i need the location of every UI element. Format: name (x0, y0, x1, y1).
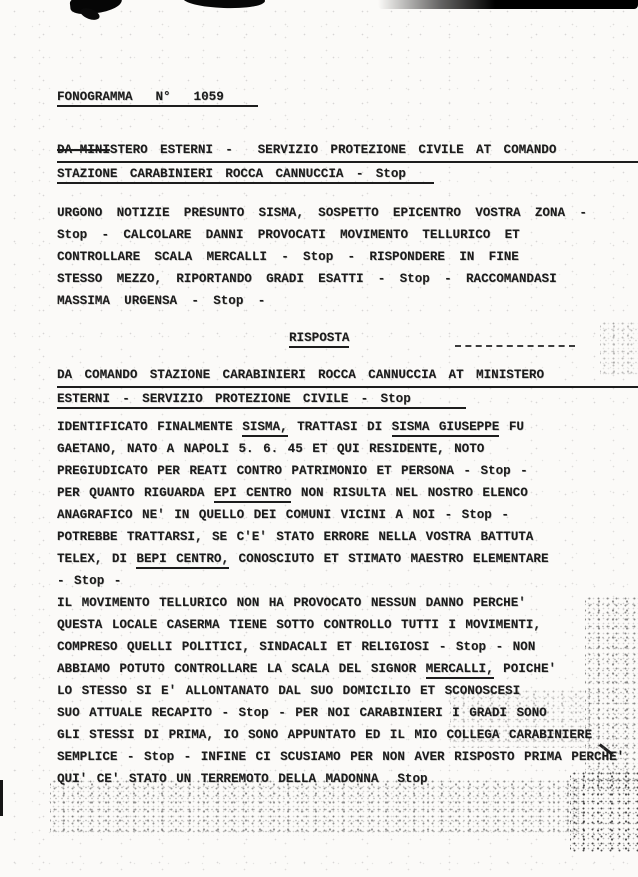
text-segment: PER QUANTO RIGUARDA (57, 486, 214, 500)
document-number-line: FONOGRAMMA N° 1059 (57, 86, 258, 108)
text-segment: POTREBBE TRATTARSI, SE C'E' STATO ERRORE… (57, 530, 533, 544)
reply-line: COMPRESO QUELLI POLITICI, SINDACALI ET R… (57, 636, 624, 658)
text-segment: DA COMANDO STAZIONE CARABINIERI ROCCA CA… (57, 368, 544, 382)
text-segment: IL MOVIMENTO TELLURICO NON HA PROVOCATO … (57, 596, 526, 610)
message-line: MASSIMA URGENSA - Stop - (57, 290, 587, 312)
reply-title-block: RISPOSTA (289, 327, 349, 349)
reply-line: LO STESSO SI E' ALLONTANATO DAL SUO DOMI… (57, 680, 624, 702)
underlined-text: SISMA, (242, 420, 287, 437)
text-segment: TELEX, DI (57, 552, 136, 566)
reply-line: GLI STESSI DI PRIMA, IO SONO APPUNTATO E… (57, 724, 624, 746)
scan-artifact-blob (69, 0, 123, 16)
reply-line: QUESTA LOCALE CASERMA TIENE SOTTO CONTRO… (57, 614, 624, 636)
underlined-text: SISMA GIUSEPPE (392, 420, 500, 437)
text-segment: STERO ESTERNI - SERVIZIO PROTEZIONE CIVI… (110, 143, 557, 157)
sender-header-line-2: STAZIONE CARABINIERI ROCCA CANNUCCIA - S… (57, 163, 638, 185)
text-segment: - Stop - (57, 574, 121, 588)
scan-artifact-blob (79, 6, 101, 22)
text-segment: COMPRESO QUELLI POLITICI, SINDACALI ET R… (57, 640, 535, 654)
struck-text: DA-MINI (57, 143, 110, 157)
text-segment: URGONO NOTIZIE PRESUNTO SISMA, SOSPETTO … (57, 206, 587, 220)
underlined-text: ESTERNI - SERVIZIO PROTEZIONE CIVILE - S… (57, 392, 466, 409)
document-number-block: FONOGRAMMA N° 1059 (57, 86, 258, 108)
underlined-text: STAZIONE CARABINIERI ROCCA CANNUCCIA - S… (57, 167, 434, 184)
text-segment: QUI' CE' STATO UN TERREMOTO DELLA MADONN… (57, 772, 428, 786)
message-line: Stop - CALCOLARE DANNI PROVOCATI MOVIMEN… (57, 224, 587, 246)
reply-line: POTREBBE TRATTARSI, SE C'E' STATO ERRORE… (57, 526, 624, 548)
text-segment: SEMPLICE - Stop - INFINE CI SCUSIAMO PER… (57, 750, 624, 764)
sender-header-line-1: DA-MINISTERO ESTERNI - SERVIZIO PROTEZIO… (57, 139, 638, 163)
message-body-block: URGONO NOTIZIE PRESUNTO SISMA, SOSPETTO … (57, 202, 587, 312)
text-segment: ABBIAMO POTUTO CONTROLLARE LA SCALA DEL … (57, 662, 426, 676)
text-segment: SUO ATTUALE RECAPITO - Stop - PER NOI CA… (57, 706, 547, 720)
message-line: CONTROLLARE SCALA MERCALLI - Stop - RISP… (57, 246, 587, 268)
text-segment: ANAGRAFICO NE' IN QUELLO DEI COMUNI VICI… (57, 508, 509, 522)
reply-line: QUI' CE' STATO UN TERREMOTO DELLA MADONN… (57, 768, 624, 790)
text-segment: PREGIUDICATO PER REATI CONTRO PATRIMONIO… (57, 464, 528, 478)
text-segment: TRATTASI DI (288, 420, 392, 434)
reply-header-block: DA COMANDO STAZIONE CARABINIERI ROCCA CA… (57, 364, 638, 410)
scanned-document-page: FONOGRAMMA N° 1059 DA-MINISTERO ESTERNI … (0, 0, 638, 877)
text-segment: CONOSCIUTO ET STIMATO MAESTRO ELEMENTARE (229, 552, 548, 566)
message-line: STESSO MEZZO, RIPORTANDO GRADI ESATTI - … (57, 268, 587, 290)
text-segment: LO STESSO SI E' ALLONTANATO DAL SUO DOMI… (57, 684, 520, 698)
text-segment: NON RISULTA NEL NOSTRO ELENCO (291, 486, 527, 500)
text-segment: FU (499, 420, 524, 434)
underlined-text: BEPI CENTRO, (136, 552, 229, 569)
text-segment: IDENTIFICATO FINALMENTE (57, 420, 242, 434)
underlined-text: MERCALLI, (426, 662, 494, 679)
text-segment: GAETANO, NATO A NAPOLI 5. 6. 45 ET QUI R… (57, 442, 484, 456)
reply-line: ABBIAMO POTUTO CONTROLLARE LA SCALA DEL … (57, 658, 624, 680)
dashed-rule (455, 345, 575, 347)
text-segment: MASSIMA URGENSA - Stop - (57, 294, 265, 308)
text-segment: GLI STESSI DI PRIMA, IO SONO APPUNTATO E… (57, 728, 592, 742)
sender-header-block: DA-MINISTERO ESTERNI - SERVIZIO PROTEZIO… (57, 139, 638, 185)
reply-title: RISPOSTA (289, 327, 349, 349)
reply-line: GAETANO, NATO A NAPOLI 5. 6. 45 ET QUI R… (57, 438, 624, 460)
underlined-text: EPI CENTRO (214, 486, 292, 503)
reply-line: ANAGRAFICO NE' IN QUELLO DEI COMUNI VICI… (57, 504, 624, 526)
reply-line: IL MOVIMENTO TELLURICO NON HA PROVOCATO … (57, 592, 624, 614)
reply-line: IDENTIFICATO FINALMENTE SISMA, TRATTASI … (57, 416, 624, 438)
reply-header-line-2: ESTERNI - SERVIZIO PROTEZIONE CIVILE - S… (57, 388, 638, 410)
text-segment: QUESTA LOCALE CASERMA TIENE SOTTO CONTRO… (57, 618, 541, 632)
reply-line: PREGIUDICATO PER REATI CONTRO PATRIMONIO… (57, 460, 624, 482)
reply-line: PER QUANTO RIGUARDA EPI CENTRO NON RISUL… (57, 482, 624, 504)
text-segment: POICHE' (494, 662, 556, 676)
reply-line: SUO ATTUALE RECAPITO - Stop - PER NOI CA… (57, 702, 624, 724)
scan-artifact-blob (183, 0, 266, 9)
reply-line: - Stop - (57, 570, 624, 592)
reply-body-block: IDENTIFICATO FINALMENTE SISMA, TRATTASI … (57, 416, 624, 790)
text-segment: STESSO MEZZO, RIPORTANDO GRADI ESATTI - … (57, 272, 557, 286)
scan-artifact-top-band (378, 0, 638, 9)
reply-line: TELEX, DI BEPI CENTRO, CONOSCIUTO ET STI… (57, 548, 624, 570)
text-segment: Stop - CALCOLARE DANNI PROVOCATI MOVIMEN… (57, 228, 520, 242)
reply-header-line-1: DA COMANDO STAZIONE CARABINIERI ROCCA CA… (57, 364, 638, 388)
underlined-text: FONOGRAMMA N° 1059 (57, 90, 258, 107)
text-segment: CONTROLLARE SCALA MERCALLI - Stop - RISP… (57, 250, 519, 264)
scan-artifact-edge-mark (0, 780, 3, 816)
reply-line: SEMPLICE - Stop - INFINE CI SCUSIAMO PER… (57, 746, 624, 768)
underlined-text: RISPOSTA (289, 331, 349, 348)
message-line: URGONO NOTIZIE PRESUNTO SISMA, SOSPETTO … (57, 202, 587, 224)
